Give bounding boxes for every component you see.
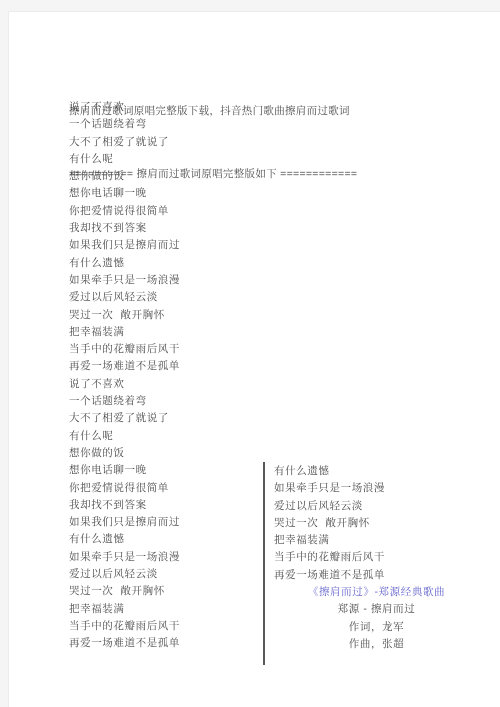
lyric-line: 爱过以后风轻云淡 (69, 289, 180, 306)
lyric-line: 如果牵手只是一场浪漫 (69, 272, 180, 289)
lyric-line: 一个话题绕着弯 (69, 116, 180, 133)
lyric-line: 把幸福装满 (69, 324, 180, 341)
lyric-line: 一个话题绕着弯 (69, 393, 180, 410)
lyric-line: 如果我们只是擦肩而过 (69, 237, 180, 254)
lyric-line: 有什么遗憾 (69, 531, 180, 548)
lyric-line: 我却找不到答案 (69, 497, 180, 514)
lyricist-line: 作词，龙军 (274, 619, 479, 636)
lyric-line: 如果我们只是擦肩而过 (69, 514, 180, 531)
lyric-line: 再爱一场难道不是孤单 (274, 567, 479, 584)
lyric-line: 当手中的花瓣雨后风干 (69, 618, 180, 635)
lyric-line: 哭过一次 敞开胸怀 (69, 307, 180, 324)
lyric-line: 哭过一次 敞开胸怀 (69, 583, 180, 600)
lyric-line: 把幸福装满 (69, 601, 180, 618)
lyric-line: 有什么遗憾 (274, 463, 479, 480)
document-page: 擦肩而过歌词原唱完整版下载，抖音热门歌曲擦肩而过歌词 ========== 擦肩… (8, 11, 500, 707)
lyric-line: 说了不喜欢 (69, 99, 180, 116)
lyric-line: 说了不喜欢 (69, 376, 180, 393)
lyric-line: 想你做的饭 (69, 168, 180, 185)
lyric-line: 再爱一场难道不是孤单 (69, 635, 180, 652)
lyrics-column-left: 说了不喜欢一个话题绕着弯大不了相爱了就说了有什么呢想你做的饭想你电话聊一晚你把爱… (69, 99, 180, 653)
lyric-line: 大不了相爱了就说了 (69, 410, 180, 427)
lyric-line: 想你电话聊一晚 (69, 462, 180, 479)
lyric-line: 再爱一场难道不是孤单 (69, 358, 180, 375)
lyric-line: 有什么呢 (69, 428, 180, 445)
song-link[interactable]: 《擦肩而过》-郑源经典歌曲 (274, 584, 479, 601)
lyric-line: 哭过一次 敞开胸怀 (274, 515, 479, 532)
artist-title-line: 郑源 - 擦肩而过 (274, 601, 479, 618)
lyric-line: 有什么遗憾 (69, 255, 180, 272)
column-divider (263, 462, 265, 665)
composer-line: 作曲，张超 (274, 636, 479, 653)
lyric-line: 大不了相爱了就说了 (69, 134, 180, 151)
lyric-line: 我却找不到答案 (69, 220, 180, 237)
lyric-line: 想你电话聊一晚 (69, 185, 180, 202)
lyric-line: 爱过以后风轻云淡 (274, 498, 479, 515)
lyrics-right-lines: 有什么遗憾如果牵手只是一场浪漫爱过以后风轻云淡哭过一次 敞开胸怀把幸福装满当手中… (274, 463, 479, 584)
lyric-line: 如果牵手只是一场浪漫 (274, 480, 479, 497)
lyric-line: 你把爱情说得很简单 (69, 203, 180, 220)
lyric-line: 有什么呢 (69, 151, 180, 168)
lyric-line: 当手中的花瓣雨后风干 (69, 341, 180, 358)
lyric-line: 把幸福装满 (274, 532, 479, 549)
lyric-line: 如果牵手只是一场浪漫 (69, 549, 180, 566)
lyric-line: 爱过以后风轻云淡 (69, 566, 180, 583)
lyrics-column-right: 有什么遗憾如果牵手只是一场浪漫爱过以后风轻云淡哭过一次 敞开胸怀把幸福装满当手中… (274, 463, 479, 653)
lyric-line: 想你做的饭 (69, 445, 180, 462)
lyric-line: 你把爱情说得很简单 (69, 480, 180, 497)
lyric-line: 当手中的花瓣雨后风干 (274, 549, 479, 566)
